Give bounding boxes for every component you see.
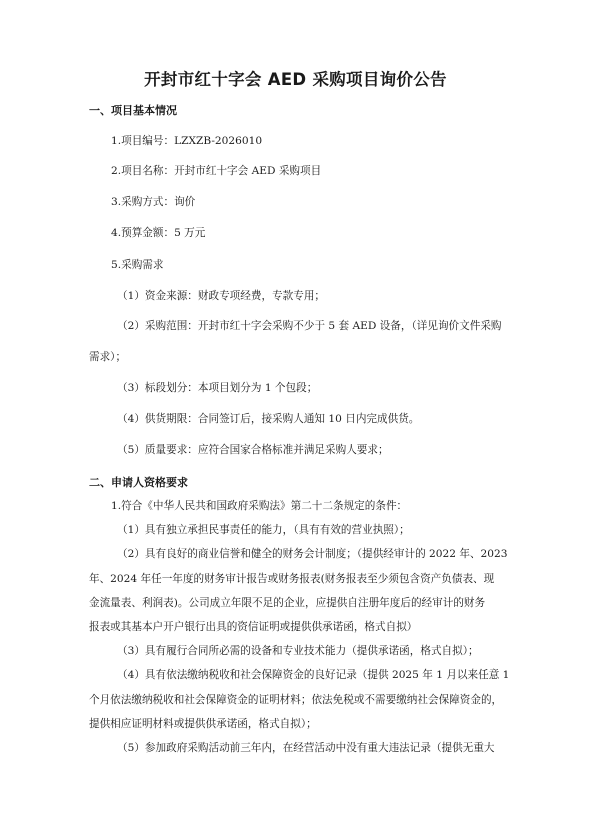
qual-line: （3）具有履行合同所必需的设备和专业技术能力（提供承诺函，格式自拟）； bbox=[117, 644, 479, 658]
qual-line: （4）具有依法缴纳税收和社会保障资金的良好记录（提供 2025 年 1 月以来任… bbox=[117, 668, 509, 682]
req-scope-cont: 需求）； bbox=[89, 350, 126, 364]
qual-line: （1）具有独立承担民事责任的能力，（具有有效的营业执照）； bbox=[117, 523, 410, 537]
qual-line: （5）参加政府采购活动前三年内，在经营活动中没有重大违法记录（提供无重大 bbox=[117, 741, 495, 755]
qual-line: 1.符合《中华人民共和国政府采购法》第二十二条规定的条件： bbox=[111, 499, 407, 513]
req-quality: （5）质量要求：应符合国家合格标准并满足采购人要求； bbox=[117, 443, 389, 457]
qual-line: 个月依法缴纳税收和社会保障资金的证明材料；依法免税或不需要缴纳社会保障资金的， bbox=[89, 693, 502, 707]
req-delivery: （4）供货期限：合同签订后，接采购人通知 10 日内完成供货。 bbox=[117, 412, 419, 426]
req-lots: （3）标段划分：本项目划分为 1 个包段； bbox=[117, 381, 317, 395]
qual-line: 报表或其基本户开户银行出具的资信证明或提供供承诺函，格式自拟） bbox=[89, 620, 417, 634]
qual-line: （2）具有良好的商业信誉和健全的财务会计制度；（提供经审计的 2022 年、20… bbox=[117, 547, 508, 561]
document-page: 开封市红十字会 AED 采购项目询价公告 一、项目基本情况 1.项目编号：LZX… bbox=[0, 0, 591, 824]
item-project-number: 1.项目编号：LZXZB-2026010 bbox=[111, 134, 262, 148]
item-budget: 4.预算金额：5 万元 bbox=[111, 226, 205, 240]
qual-line: 金流量表、利润表)。公司成立年限不足的企业，应提供自注册年度后的经审计的财务 bbox=[89, 596, 485, 610]
req-scope: （2）采购范围：开封市红十字会采购不少于 5 套 AED 设备，（详见询价文件采… bbox=[117, 319, 502, 333]
item-procurement-method: 3.采购方式：询价 bbox=[111, 195, 195, 209]
section-heading-qualifications: 二、申请人资格要求 bbox=[89, 474, 188, 490]
req-fund-source: （1）资金来源：财政专项经费，专款专用； bbox=[117, 289, 325, 303]
item-project-name: 2.项目名称：开封市红十字会 AED 采购项目 bbox=[111, 164, 321, 178]
qual-line: 年、2024 年任一年度的财务审计报告或财务报表(财务报表至少须包含资产负债表、… bbox=[89, 572, 494, 586]
qual-line: 提供相应证明材料或提供供承诺函，格式自拟）； bbox=[89, 717, 317, 731]
section-heading-basic-info: 一、项目基本情况 bbox=[89, 102, 177, 118]
page-title: 开封市红十字会 AED 采购项目询价公告 bbox=[0, 66, 591, 90]
item-procurement-needs: 5.采购需求 bbox=[111, 258, 163, 272]
